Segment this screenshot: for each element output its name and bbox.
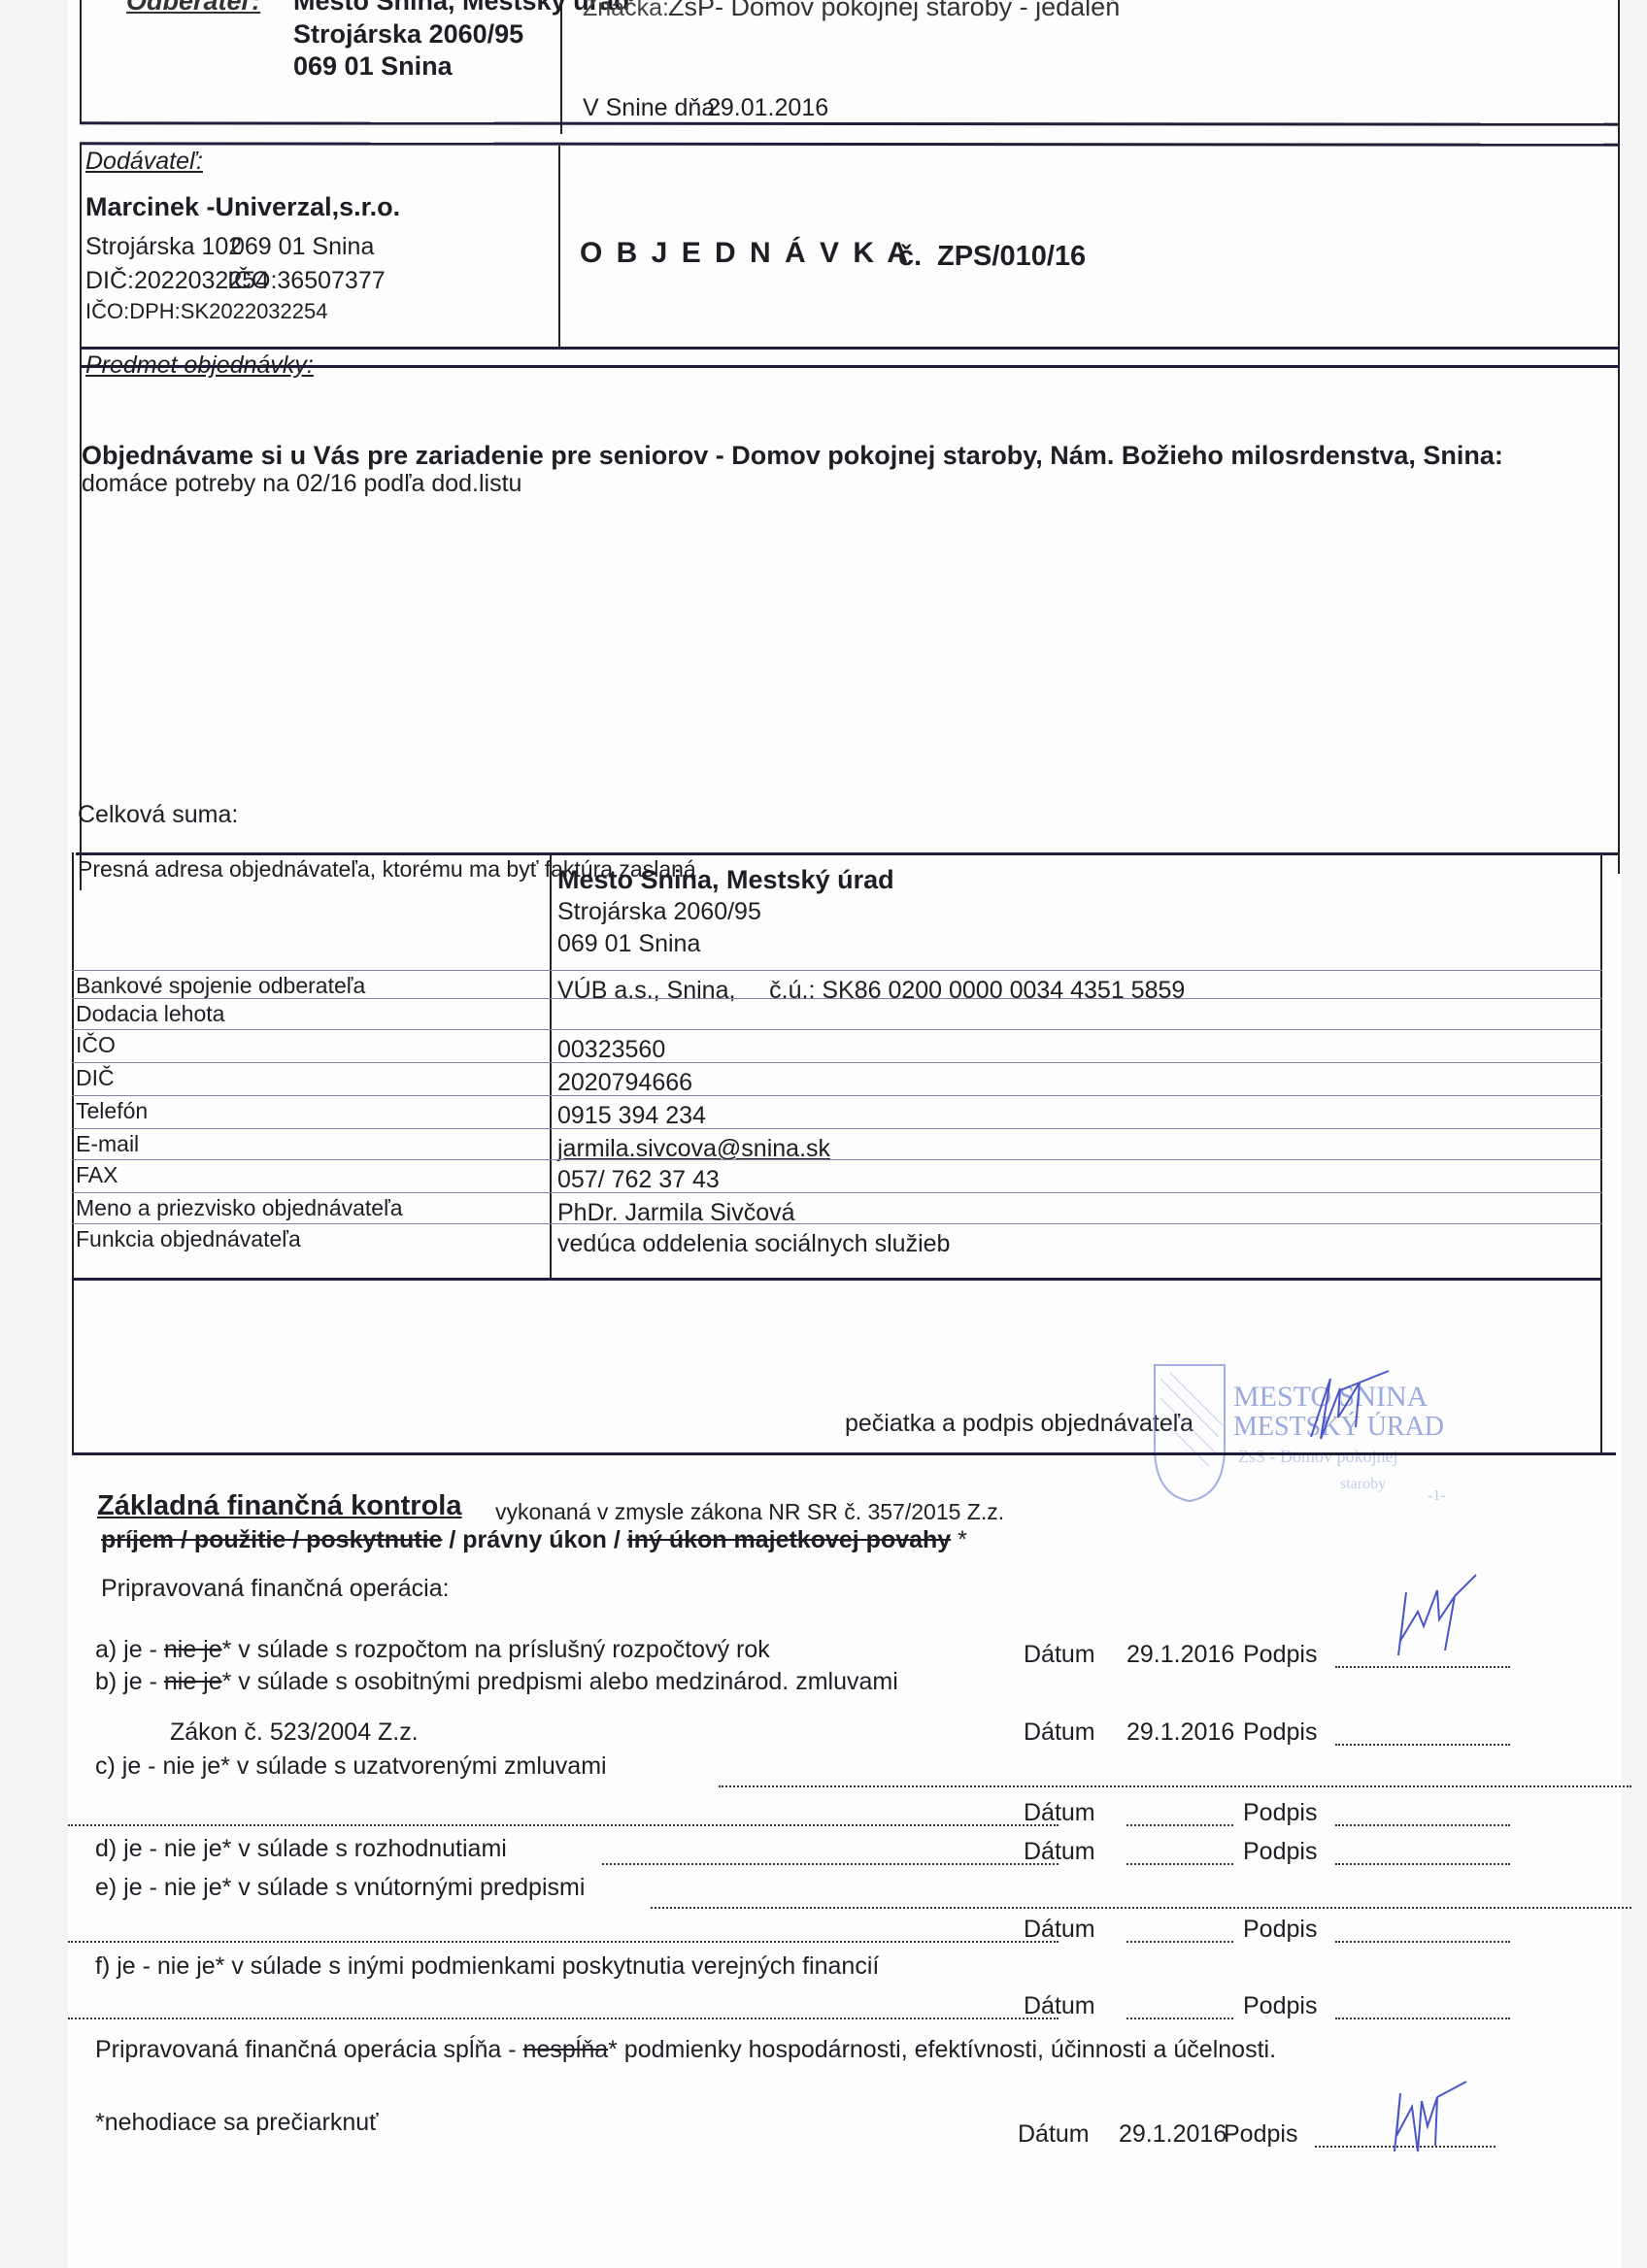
date-value: 29.01.2016 [707,94,828,122]
control-item-text: * v súlade s vnútornými predpismi [222,1874,586,1901]
signature-line [1335,1941,1510,1943]
stamp-line-4: staroby [1340,1476,1386,1493]
row-divider [72,1192,1602,1193]
operation-type-struck-1: príjem / použitie / poskytnutie [101,1526,442,1553]
control-item-text: * v súlade s osobitnými predpismi alebo … [222,1668,898,1695]
row-divider [72,998,1602,999]
frame-line [80,347,1620,350]
control-title-suffix: vykonaná v zmysle zákona NR SR č. 357/20… [495,1499,1004,1525]
order-number-prefix: č. [898,241,922,273]
final-date-label: Dátum [1018,2120,1090,2149]
sign-label: Podpis [1243,1992,1317,2020]
orderer-row-value: 0915 394 234 [557,1102,706,1130]
orderer-row-value: vedúca oddelenia sociálnych služieb [557,1230,950,1258]
control-item-text: * v súlade s uzatvorenými zmluvami [220,1752,606,1780]
control-item-subtext: Zákon č. 523/2004 Z.z. [170,1718,419,1747]
row-divider [72,1128,1602,1129]
control-item: c) je - nie je* v súlade s uzatvorenými … [95,1752,607,1781]
supplier-label: Dodávateľ: [85,148,203,176]
signature-line [1335,1666,1510,1668]
supplier-street: Strojárska 102 [85,233,242,261]
frame-line [80,143,82,890]
orderer-row-label: FAX [76,1162,118,1188]
control-item-struck: nie je [164,1636,222,1663]
control-item-text: * v súlade s inými podmienkami poskytnut… [216,1952,880,1980]
stamp-shield-icon [1151,1359,1228,1505]
conclusion-struck: nespĺňa [523,2036,609,2063]
signature-line [1335,1863,1510,1865]
orderer-row-value: 057/ 762 37 43 [557,1166,720,1194]
date-value: 29.1.2016 [1126,1718,1234,1747]
sign-label: Podpis [1243,1838,1317,1866]
fill-line [651,1907,1631,1909]
buyer-label: Odberateľ: [126,0,260,17]
control-item-text: * v súlade s rozhodnutiami [222,1835,507,1862]
control-conclusion: Pripravovaná finančná operácia spĺňa - n… [95,2036,1276,2064]
control-item-struck: nie je [164,1668,222,1695]
frame-line [558,146,560,350]
date-value: 29.1.2016 [1126,1641,1234,1669]
conclusion-suffix: * podmienky hospodárnosti, efektívnosti,… [608,2036,1276,2063]
signature-icon [1379,2078,1476,2155]
frame-line [76,852,1620,855]
subject-detail-text: domáce potreby na 02/16 podľa dod.listu [82,470,521,498]
control-item: a) je - nie je* v súlade s rozpočtom na … [95,1636,770,1664]
date-label: Dátum [1024,1838,1095,1866]
operation-type-star: * [951,1526,967,1553]
operation-type-active: / právny úkon / [442,1526,626,1553]
sign-label: Podpis [1243,1641,1317,1669]
orderer-row-label: Dodacia lehota [76,1001,224,1027]
sign-label: Podpis [1243,1718,1317,1747]
sign-label: Podpis [1243,1916,1317,1944]
total-label: Celková suma: [78,801,238,829]
order-number: ZPS/010/16 [937,241,1086,273]
supplier-city: 069 01 Snina [231,233,374,261]
signature-icon [1379,1573,1486,1660]
date-fill-line [1126,1863,1233,1865]
address-city: 069 01 Snina [557,930,700,958]
subject-label: Predmet objednávky: [85,351,314,380]
date-fill-line [1126,1824,1233,1826]
row-divider [72,1159,1602,1160]
final-date-value: 29.1.2016 [1119,2120,1227,2149]
frame-line [72,852,74,1454]
row-divider [72,1029,1602,1030]
operation-type-struck-2: iný úkon majetkovej povahy [627,1526,951,1553]
fill-line [719,1785,1631,1787]
order-title: O B J E D N Á V K A [580,237,911,270]
date-fill-line [1126,1941,1233,1943]
signature-icon [1282,1369,1398,1447]
fill-line [68,2018,1059,2019]
signature-line [1335,2018,1510,2019]
supplier-ico: IČO:36507377 [227,267,386,295]
control-item: f) je - nie je* v súlade s inými podmien… [95,1952,879,1981]
fill-line [68,1941,1059,1943]
operation-type: príjem / použitie / poskytnutie / právny… [101,1526,967,1554]
orderer-row-value: 2020794666 [557,1069,692,1097]
frame-line [72,1278,1602,1281]
control-item-prefix: c) je - nie je [95,1752,220,1780]
orderer-row-label: Funkcia objednávateľa [76,1226,301,1252]
orderer-row-label: Bankové spojenie odberateľa [76,973,365,999]
orderer-row-value: 00323560 [557,1036,665,1064]
signature-line [1335,1744,1510,1746]
orderer-row-label: E-mail [76,1131,139,1157]
address-name: Mesto Snina, Mestský úrad [557,865,894,895]
sign-label: Podpis [1243,1799,1317,1827]
signature-line [1335,1824,1510,1826]
table-divider [550,852,552,1278]
control-item-prefix: b) je - [95,1668,164,1695]
buyer-city: 069 01 Snina [293,51,453,82]
buyer-name: Mesto Snina, Mestský úrad [293,0,630,17]
frame-line [80,0,82,124]
control-title: Základná finančná kontrola [97,1490,461,1522]
subject-main-text: Objednávame si u Vás pre zariadenie pre … [82,441,1503,471]
control-intro: Pripravovaná finančná operácia: [101,1575,450,1603]
date-label: V Snine dňa: [583,94,722,122]
supplier-name: Marcinek -Univerzal,s.r.o. [85,192,400,222]
conclusion-prefix: Pripravovaná finančná operácia spĺňa - [95,2036,523,2063]
control-item-prefix: d) je - nie je [95,1835,222,1862]
date-label: Dátum [1024,1641,1095,1669]
fill-line [602,1863,1059,1865]
order-document: Odberateľ: Mesto Snina, Mestský úrad Str… [68,0,1622,2268]
stamp-caption: pečiatka a podpis objednávateľa [845,1410,1193,1438]
mark-label: Značka: [583,0,669,22]
buyer-street: Strojárska 2060/95 [293,19,523,50]
orderer-row-label: IČO [76,1032,116,1058]
footnote: *nehodiace sa prečiarknuť [95,2109,379,2137]
final-sign-label: Podpis [1224,2120,1297,2149]
control-item-prefix: e) je - nie je [95,1874,222,1901]
date-label: Dátum [1024,1916,1095,1944]
fill-line [68,1824,1059,1826]
row-divider [72,1062,1602,1063]
orderer-row-label: DIČ [76,1065,115,1091]
stamp-line-5: -1- [1428,1487,1446,1505]
control-item-prefix: a) je - [95,1636,164,1663]
orderer-row-label: Meno a priezvisko objednávateľa [76,1195,403,1221]
row-divider [72,1095,1602,1096]
orderer-row-label: Telefón [76,1098,148,1124]
control-item: b) je - nie je* v súlade s osobitnými pr… [95,1668,898,1696]
control-item-prefix: f) je - nie je [95,1952,216,1980]
date-fill-line [1126,2018,1233,2019]
frame-line [72,1452,1616,1455]
stamp-line-3: ZsS - Domov pokojnej [1238,1447,1398,1467]
frame-line [80,121,1620,125]
frame-line [1618,0,1620,874]
row-divider [72,1223,1602,1224]
frame-line [80,142,1620,146]
control-item: e) je - nie je* v súlade s vnútornými pr… [95,1874,585,1902]
orderer-row-value: VÚB a.s., Snina, č.ú.: SK86 0200 0000 00… [557,977,1185,1005]
row-divider [72,970,1602,971]
frame-line [560,0,562,134]
date-label: Dátum [1024,1992,1095,2020]
control-item: d) je - nie je* v súlade s rozhodnutiami [95,1835,507,1863]
date-label: Dátum [1024,1799,1095,1827]
supplier-ic-dph: IČO:DPH:SK2022032254 [85,299,328,324]
control-item-text: * v súlade s rozpočtom na príslušný rozp… [222,1636,770,1663]
date-label: Dátum [1024,1718,1095,1747]
address-street: Strojárska 2060/95 [557,898,761,926]
mark-value: ZsP- Domov pokojnej staroby - jedáleň [668,0,1120,22]
frame-line [1600,852,1602,1454]
